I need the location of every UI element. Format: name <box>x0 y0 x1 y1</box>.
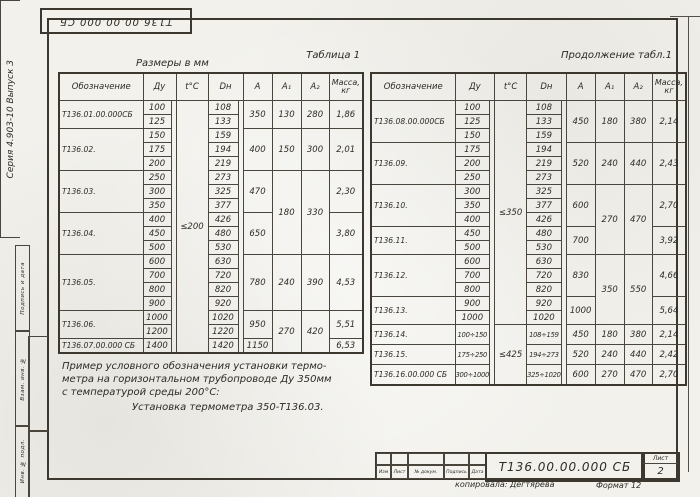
dn-value-box: 426 <box>527 213 562 227</box>
du-value-box: 800 <box>143 283 171 297</box>
dn-value-box: 108 <box>527 101 562 115</box>
a-value-cell: 600 <box>566 185 595 227</box>
du-value-box: 250 <box>143 171 171 185</box>
gap <box>561 213 566 227</box>
revision-cell <box>444 453 469 465</box>
table-row: Т136.15.175÷250194÷2735202404402,42 <box>371 345 686 365</box>
dn-value-box: 377 <box>527 199 562 213</box>
du-value-box: 350 <box>143 199 171 213</box>
gap <box>238 297 243 311</box>
table-row: Т136.06.100010209502704205,51 <box>59 311 363 325</box>
col-dn: Dн <box>208 73 243 101</box>
gap <box>490 199 495 213</box>
designation-cell: Т136.03. <box>59 171 143 213</box>
du-value-box: 700 <box>455 269 490 283</box>
dimensions-table-1-continued: Обозначение Ду t°С Dн А А₁ А₂ Масса, кг … <box>370 72 687 386</box>
gap <box>490 241 495 255</box>
a1-value-cell: 240 <box>272 255 301 311</box>
mass-value-cell: 6,53 <box>329 339 363 354</box>
a-value-cell: 450 <box>566 101 595 143</box>
revision-cell <box>391 453 408 465</box>
gap <box>171 213 176 227</box>
table-row: Т136.09.1751945202404402,43 <box>371 143 686 157</box>
a2-value-cell: 440 <box>624 143 652 185</box>
mass-value-cell: 1,86 <box>329 101 363 129</box>
gap <box>561 199 566 213</box>
gap <box>561 241 566 255</box>
mass-value-cell: 2,70 <box>652 365 686 386</box>
a2-value-cell: 390 <box>301 255 329 311</box>
mass-value-cell: 4,66 <box>652 255 686 297</box>
a2-value-cell: 470 <box>624 185 652 255</box>
table-row: Т136.12.6006308303505504,66 <box>371 255 686 269</box>
mass-value-cell: 2,14 <box>652 101 686 143</box>
designation-cell: Т136.14. <box>371 325 455 345</box>
gap <box>171 297 176 311</box>
margin-field-signature-date: Подпись и дата <box>15 245 30 332</box>
designation-cell: Т136.10. <box>371 185 455 227</box>
a1-value-cell: 180 <box>595 325 624 345</box>
col-a1: А₁ <box>595 73 624 101</box>
du-value-box: 1000 <box>143 311 171 325</box>
du-value-box: 400 <box>455 213 490 227</box>
document-number: Т136.00.00.000 СБ <box>499 460 632 474</box>
dn-value-box: 273 <box>527 171 562 185</box>
gap <box>561 129 566 143</box>
a1-value-cell: 150 <box>272 129 301 171</box>
revision-col-doc: № докум. <box>408 465 444 479</box>
du-value-box: 400 <box>143 213 171 227</box>
gap <box>561 269 566 283</box>
a-value-cell: 450 <box>566 325 595 345</box>
dn-value-box: 108 <box>208 101 238 115</box>
du-value-box: 350 <box>455 199 490 213</box>
dn-value-box: 820 <box>527 283 562 297</box>
gap <box>490 345 495 365</box>
dn-value-box: 530 <box>527 241 562 255</box>
a2-value-cell: 280 <box>301 101 329 129</box>
a-value-cell: 350 <box>243 101 272 129</box>
dn-value-box: 920 <box>527 297 562 311</box>
a1-value-cell: 130 <box>272 101 301 129</box>
dn-value-box: 820 <box>208 283 238 297</box>
gap <box>171 283 176 297</box>
a1-value-cell: 240 <box>595 143 624 185</box>
gap <box>238 227 243 241</box>
a2-value-cell: 380 <box>624 101 652 143</box>
col-designation: Обозначение <box>371 73 455 101</box>
designation-cell: Т136.04. <box>59 213 143 255</box>
mass-value-cell: 3,80 <box>329 213 363 255</box>
mass-value-cell: 3,92 <box>652 227 686 255</box>
a1-value-cell: 350 <box>595 255 624 325</box>
gap <box>238 115 243 129</box>
table-row: Т136.10.3003256002704702,70 <box>371 185 686 199</box>
table-row: Т136.16.00.000 СБ300÷1000325÷10206002704… <box>371 365 686 386</box>
du-value-box: 200 <box>143 157 171 171</box>
revision-col-signature: Подпись <box>444 465 469 479</box>
du-value-box: 600 <box>455 255 490 269</box>
du-value-box: 125 <box>455 115 490 129</box>
mass-value-cell: 2,42 <box>652 345 686 365</box>
designation-example-note: Пример условного обозначения установки т… <box>62 360 372 414</box>
dimensions-table-1: Обозначение Ду t°С Dн А А₁ А₂ Масса, кг … <box>58 72 364 354</box>
designation-cell: Т136.16.00.000 СБ <box>371 365 455 386</box>
designation-cell: Т136.06. <box>59 311 143 339</box>
revision-cell <box>469 453 486 465</box>
table1-wrapper: Размеры в мм Таблица 1 Обозначение Ду t°… <box>58 50 364 354</box>
a1-value-cell: 180 <box>595 101 624 143</box>
mass-value-cell: 2,70 <box>652 185 686 227</box>
gap <box>490 297 495 311</box>
gap <box>171 115 176 129</box>
dn-value-box: 219 <box>527 157 562 171</box>
du-value-box: 1400 <box>143 339 171 354</box>
mass-value-cell: 5,51 <box>329 311 363 339</box>
col-mass: Масса, кг <box>329 73 363 101</box>
gap <box>490 311 495 325</box>
a-value-cell: 1150 <box>243 339 272 354</box>
du-value-box: 150 <box>455 129 490 143</box>
gap <box>171 255 176 269</box>
a-value-cell: 830 <box>566 255 595 297</box>
gap <box>171 157 176 171</box>
du-value-box: 1000 <box>455 311 490 325</box>
mass-value-cell: 5,64 <box>652 297 686 325</box>
gap <box>561 157 566 171</box>
du-value-box: 250 <box>455 171 490 185</box>
gap <box>490 269 495 283</box>
mass-value-cell: 2,01 <box>329 129 363 171</box>
dn-value-box: 1420 <box>208 339 238 354</box>
gap <box>561 171 566 185</box>
table2-caption-number: Продолжение табл.1 <box>561 50 672 61</box>
table-row: Т136.01.00.000СБ100≤2001083501302801,86 <box>59 101 363 115</box>
temperature-cell: ≤350 <box>495 101 527 325</box>
a-value-cell: 520 <box>566 143 595 185</box>
gap <box>490 255 495 269</box>
revision-cell <box>376 453 391 465</box>
du-value-box: 900 <box>143 297 171 311</box>
gap <box>490 115 495 129</box>
a2-value-cell: 300 <box>301 129 329 171</box>
gap <box>171 269 176 283</box>
note-example-designation: Установка термометра 350-Т136.03. <box>62 399 372 414</box>
designation-cell: Т136.15. <box>371 345 455 365</box>
table-row: Т136.14.100÷150≤425108÷1594501803802,14 <box>371 325 686 345</box>
revision-col-izm: Изм <box>376 465 391 479</box>
gap <box>561 115 566 129</box>
du-value-box: 175 <box>143 143 171 157</box>
dn-value-box: 325 <box>527 185 562 199</box>
gap <box>171 325 176 339</box>
du-value-box: 600 <box>143 255 171 269</box>
revision-cell <box>408 453 444 465</box>
dn-value-box: 108÷159 <box>527 325 562 345</box>
du-value-box: 900 <box>455 297 490 311</box>
table-row: Т136.05.6006307802403904,53 <box>59 255 363 269</box>
dn-value-box: 219 <box>208 157 238 171</box>
copied-by-note: копировала: Дегтярева <box>455 480 554 489</box>
col-designation: Обозначение <box>59 73 143 101</box>
temperature-cell: ≤200 <box>176 101 208 354</box>
gap <box>171 171 176 185</box>
margin-empty-box <box>28 336 48 432</box>
mass-value-cell: 4,53 <box>329 255 363 311</box>
designation-cell: Т136.08.00.000СБ <box>371 101 455 143</box>
table-row: Т136.08.00.000СБ100≤3501084501803802,14 <box>371 101 686 115</box>
gap <box>490 213 495 227</box>
du-value-box: 125 <box>143 115 171 129</box>
dn-value-box: 630 <box>527 255 562 269</box>
a-value-cell: 950 <box>243 311 272 339</box>
col-a2: А₂ <box>301 73 329 101</box>
a1-value-cell: 270 <box>595 365 624 386</box>
gap <box>490 185 495 199</box>
a-value-cell: 400 <box>243 129 272 171</box>
du-value-box: 450 <box>455 227 490 241</box>
a-value-cell: 520 <box>566 345 595 365</box>
dn-value-box: 194 <box>208 143 238 157</box>
a2-value-cell: 420 <box>301 311 329 354</box>
a2-value-cell: 550 <box>624 255 652 325</box>
sheet-label: Лист <box>643 454 678 464</box>
dn-value-box: 1220 <box>208 325 238 339</box>
table1-header-row: Обозначение Ду t°С Dн А А₁ А₂ Масса, кг <box>59 73 363 101</box>
dn-value-box: 920 <box>208 297 238 311</box>
title-block-revision-cells: Изм Лист № докум. Подпись Дата <box>375 452 487 480</box>
du-value-box: 100 <box>143 101 171 115</box>
dn-value-box: 630 <box>208 255 238 269</box>
du-value-box: 175÷250 <box>455 345 490 365</box>
dn-value-box: 377 <box>208 199 238 213</box>
dn-value-box: 159 <box>208 129 238 143</box>
du-value-box: 500 <box>143 241 171 255</box>
table1-caption-units: Размеры в мм <box>136 58 209 69</box>
paper-edge-line <box>688 16 689 472</box>
gap <box>171 185 176 199</box>
dn-value-box: 1020 <box>208 311 238 325</box>
gap <box>238 185 243 199</box>
a-value-cell: 700 <box>566 227 595 255</box>
a-value-cell: 1000 <box>566 297 595 325</box>
gap <box>238 241 243 255</box>
gap <box>238 157 243 171</box>
col-a1: А₁ <box>272 73 301 101</box>
a2-value-cell: 380 <box>624 325 652 345</box>
gap <box>490 143 495 157</box>
gap <box>238 283 243 297</box>
a1-value-cell: 240 <box>595 345 624 365</box>
dn-value-box: 480 <box>527 227 562 241</box>
mass-value-cell: 2,43 <box>652 143 686 185</box>
dn-value-box: 1020 <box>527 311 562 325</box>
gap <box>490 157 495 171</box>
table1-captions: Размеры в мм Таблица 1 <box>58 50 362 72</box>
dn-value-box: 133 <box>527 115 562 129</box>
designation-cell: Т136.12. <box>371 255 455 297</box>
scanned-drawing-sheet: Т136.00.00.000 СБ Серия 4.903-10 Выпуск … <box>0 0 700 497</box>
table2-header-row: Обозначение Ду t°С Dн А А₁ А₂ Масса, кг <box>371 73 686 101</box>
du-value-box: 800 <box>455 283 490 297</box>
designation-cell: Т136.05. <box>59 255 143 311</box>
gap <box>238 199 243 213</box>
du-value-box: 150 <box>143 129 171 143</box>
paper-edge-tick <box>670 16 700 17</box>
a1-value-cell: 180 <box>272 171 301 255</box>
gap <box>561 311 566 325</box>
revision-col-date: Дата <box>469 465 486 479</box>
sheet-number: 2 <box>643 464 678 479</box>
table1-continued-wrapper: Продолжение табл.1 Обозначение Ду t°С Dн… <box>370 50 687 386</box>
col-du: Ду <box>143 73 176 101</box>
gap <box>490 227 495 241</box>
gap <box>171 143 176 157</box>
dn-value-box: 426 <box>208 213 238 227</box>
du-value-box: 1200 <box>143 325 171 339</box>
note-line: с температурой среды 200°С: <box>62 386 372 399</box>
gap <box>171 311 176 325</box>
gap <box>490 171 495 185</box>
dn-value-box: 530 <box>208 241 238 255</box>
table-row: Т136.02.1501594001503002,01 <box>59 129 363 143</box>
a-value-cell: 650 <box>243 213 272 255</box>
col-a2: А₂ <box>624 73 652 101</box>
gap <box>490 365 495 386</box>
dn-value-box: 133 <box>208 115 238 129</box>
a2-value-cell: 330 <box>301 171 329 255</box>
gap <box>490 129 495 143</box>
mass-value-cell: 2,14 <box>652 325 686 345</box>
dn-value-box: 720 <box>527 269 562 283</box>
dn-value-box: 325 <box>208 185 238 199</box>
dn-value-box: 720 <box>208 269 238 283</box>
dn-value-box: 194 <box>527 143 562 157</box>
col-dn: Dн <box>527 73 567 101</box>
designation-cell: Т136.01.00.000СБ <box>59 101 143 129</box>
a-value-cell: 780 <box>243 255 272 311</box>
document-number-box: Т136.00.00.000 СБ <box>485 452 645 482</box>
du-value-box: 450 <box>143 227 171 241</box>
du-value-box: 100÷150 <box>455 325 490 345</box>
table2-captions: Продолжение табл.1 <box>370 50 674 72</box>
mass-value-cell: 2,30 <box>329 171 363 213</box>
gap <box>490 283 495 297</box>
a-value-cell: 470 <box>243 171 272 213</box>
dn-value-box: 273 <box>208 171 238 185</box>
gap <box>171 129 176 143</box>
gap <box>238 269 243 283</box>
gap <box>171 199 176 213</box>
gap <box>561 283 566 297</box>
designation-cell: Т136.02. <box>59 129 143 171</box>
table-row: Т136.03.2502734701803302,30 <box>59 171 363 185</box>
du-value-box: 300 <box>455 185 490 199</box>
dn-value-box: 325÷1020 <box>527 365 562 386</box>
a2-value-cell: 440 <box>624 345 652 365</box>
temperature-cell: ≤425 <box>495 325 527 386</box>
dn-value-box: 159 <box>527 129 562 143</box>
top-stamp-box: Т136.00.00.000 СБ <box>40 8 192 34</box>
gap <box>171 339 176 354</box>
du-value-box: 300÷1000 <box>455 365 490 386</box>
designation-cell: Т136.07.00.000 СБ <box>59 339 143 354</box>
col-temperature: t°С <box>495 73 527 101</box>
series-label-box: Серия 4.903-10 Выпуск 3 <box>0 0 20 238</box>
gap <box>171 227 176 241</box>
designation-cell: Т136.09. <box>371 143 455 185</box>
designation-cell: Т136.11. <box>371 227 455 255</box>
gap <box>238 325 243 339</box>
du-value-box: 200 <box>455 157 490 171</box>
format-label: Формат 12 <box>596 481 641 490</box>
gap <box>171 241 176 255</box>
revision-col-list: Лист <box>391 465 408 479</box>
sheet-number-box: Лист 2 <box>641 452 680 482</box>
designation-cell: Т136.13. <box>371 297 455 325</box>
col-a: А <box>566 73 595 101</box>
du-value-box: 100 <box>455 101 490 115</box>
gap <box>238 143 243 157</box>
a2-value-cell: 470 <box>624 365 652 386</box>
margin-empty-box <box>28 430 48 497</box>
note-line: Пример условного обозначения установки т… <box>62 360 372 373</box>
du-value-box: 500 <box>455 241 490 255</box>
du-value-box: 700 <box>143 269 171 283</box>
note-line: метра на горизонтальном трубопроводе Ду … <box>62 373 372 386</box>
col-du: Ду <box>455 73 495 101</box>
a1-value-cell: 270 <box>595 185 624 255</box>
a1-value-cell: 270 <box>272 311 301 354</box>
du-value-box: 300 <box>143 185 171 199</box>
du-value-box: 175 <box>455 143 490 157</box>
a-value-cell: 600 <box>566 365 595 386</box>
col-a: А <box>243 73 272 101</box>
series-label: Серия 4.903-10 Выпуск 3 <box>6 60 16 178</box>
dn-value-box: 194÷273 <box>527 345 562 365</box>
top-stamp-text: Т136.00.00.000 СБ <box>59 16 172 27</box>
table1-caption-number: Таблица 1 <box>306 50 360 61</box>
dn-value-box: 480 <box>208 227 238 241</box>
col-temperature: t°С <box>176 73 208 101</box>
col-mass: Масса, кг <box>652 73 686 101</box>
